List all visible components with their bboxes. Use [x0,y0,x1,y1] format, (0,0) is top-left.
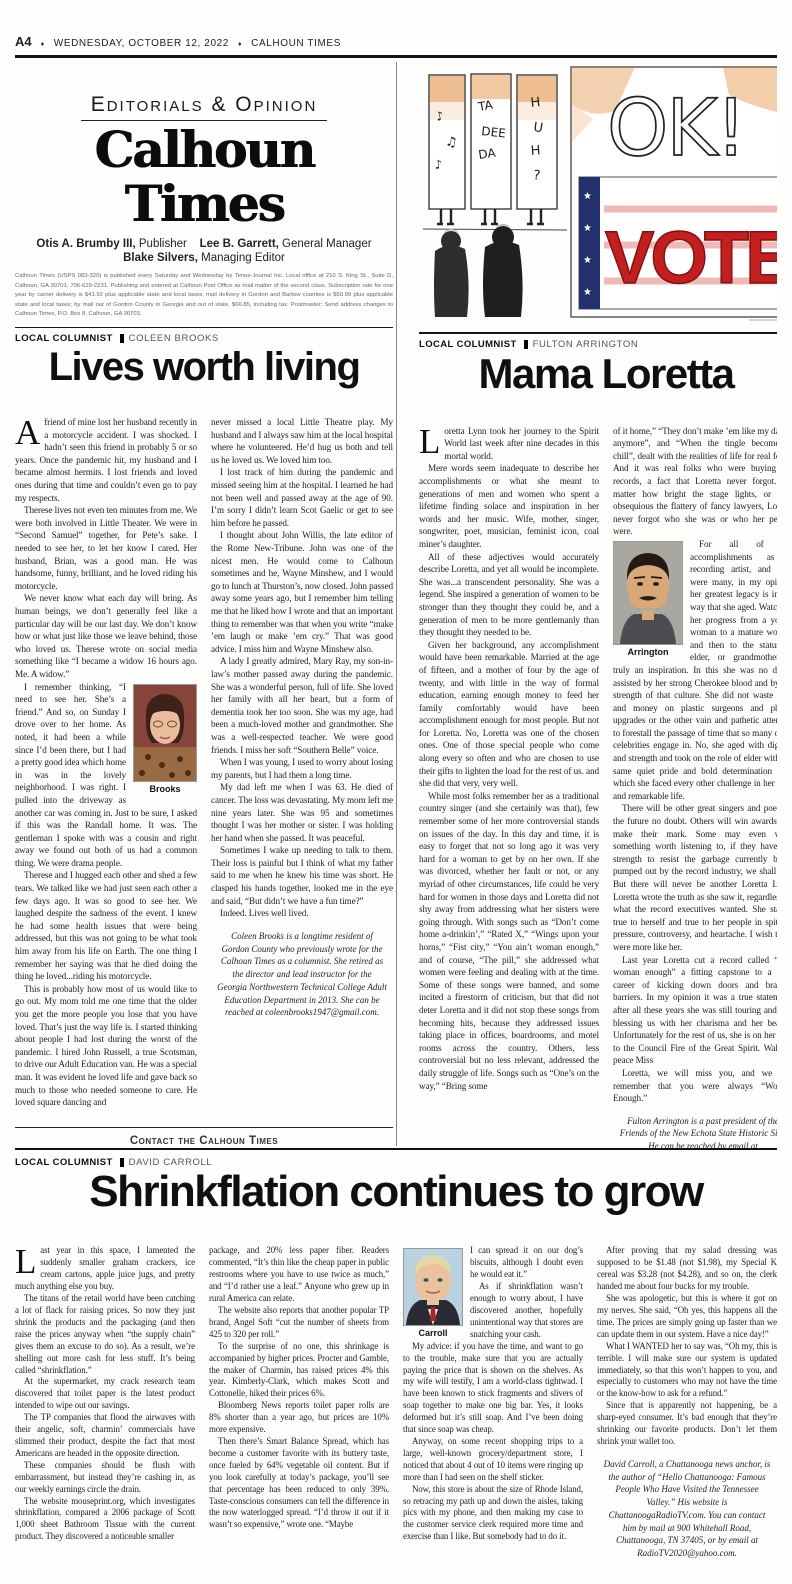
article-column: Last year in this space, I lamented the … [15,1245,195,1560]
paragraph: At the supermarket, my crack research te… [15,1376,195,1412]
paragraph: These companies should be flush with emb… [15,1460,195,1496]
paragraph: Now, this store is about the size of Rho… [403,1484,583,1544]
paragraph: Then there’s Smart Balance Spread, which… [209,1436,389,1531]
paragraph: There will be other great singers and po… [613,802,777,953]
paragraph: A lady I greatly admired, Mary Ray, my s… [211,655,393,756]
columnist-bio: Fulton Arrington is a past president of … [613,1115,777,1148]
article-shrinkflation: LOCAL COLUMNIST DAVID CARROLL Shrinkflat… [15,1152,777,1560]
article-column: Loretta Lynn took her journey to the Spi… [419,425,599,1148]
body-text: Loretta Lynn took her journey to the Spi… [419,425,599,1092]
paragraph: We never know what each day will bring. … [15,592,197,680]
paragraph: I lost track of him during the pandemic … [211,466,393,529]
paragraph: I thought about John Willis, the late ed… [211,529,393,655]
photo-caption: Arrington [613,645,683,657]
managing-editor-name: Blake Silvers, [123,252,198,264]
kicker-separator [120,1158,124,1167]
paragraph: of it home,” “They don’t make ’em like m… [613,425,777,538]
contact-title: Contact the Calhoun Times [15,1135,393,1147]
paragraph: The TP companies that flood the airwaves… [15,1412,195,1460]
paragraph: never missed a local Little Theatre play… [211,416,393,466]
folio-bar: A4 ♦ WEDNESDAY, OCTOBER 12, 2022 ♦ CALHO… [15,34,777,49]
issue-date: WEDNESDAY, OCTOBER 12, 2022 [54,38,229,49]
article-lives-worth-living: LOCAL COLUMNIST COLEEN BROOKS Lives wort… [15,333,393,1116]
article-column: never missed a local Little Theatre play… [211,416,393,1116]
paragraph: Last year in this space, I lamented the … [15,1245,195,1293]
staff-line: Blake Silvers, Managing Editor [15,252,393,264]
columnist-photo-brooks: Brooks [133,684,197,794]
publication-name: CALHOUN TIMES [251,38,341,49]
article-mama-loretta: LOCAL COLUMNIST FULTON ARRINGTON Mama Lo… [419,339,777,1149]
byline: FULTON ARRINGTON [533,339,639,350]
vote-text: VOTE [605,216,777,299]
paragraph: Anyway, on some recent shopping trips to… [403,1436,583,1484]
staff-line: Otis A. Brumby III, Publisher Lee B. Gar… [15,238,393,250]
paragraph: A friend of mine lost her husband recent… [15,416,197,504]
voter-figures [434,224,523,317]
star-icon: ★ [583,255,592,266]
music-note-icon: ♪ [434,157,443,172]
photo-caption: Carroll [403,1326,463,1338]
hum-text: DEE [481,124,507,140]
headline: Mama Loretta [419,351,777,397]
photo-caption: Brooks [133,782,197,794]
kicker: LOCAL COLUMNIST COLEEN BROOKS [15,333,393,344]
headline: Lives worth living [15,345,393,389]
body-text: A friend of mine lost her husband recent… [15,416,197,680]
columnist-bio: David Carroll, a Chattanooga news anchor… [597,1458,777,1560]
drop-cap: L [419,425,444,456]
rule [15,55,777,58]
body-text: of it home,” “They don’t make ’em like m… [613,425,777,538]
rule [419,332,777,334]
paragraph: The website also reports that another po… [209,1305,389,1341]
editorial-cartoon: ♪ ♫ ♪ TA DEE DA H U H ? [419,59,777,327]
ok-exclamation-text: OK! [607,84,745,174]
body-text: package, and 20% less paper fiber. Reade… [209,1245,389,1531]
star-icon: ★ [583,223,592,234]
rule [15,1148,777,1150]
paragraph: Loretta, we will miss you, and we will r… [613,1067,777,1105]
body-text: Last year in this space, I lamented the … [15,1245,195,1543]
managing-editor-role: Managing Editor [198,252,285,264]
arrington-portrait-image [613,541,683,645]
article-column: A friend of mine lost her husband recent… [15,416,197,1116]
columnist-photo-carroll: Carroll [403,1248,463,1338]
paragraph: She was apologetic, but this is where it… [597,1293,777,1341]
carroll-portrait-image [403,1248,463,1326]
star-icon: ★ [583,287,592,298]
paragraph: The titans of the retail world have been… [15,1293,195,1376]
paragraph: What I WANTED her to say was, “Oh my, th… [597,1341,777,1401]
hum-text: DA [477,146,497,162]
paragraph: While most folks remember her as a tradi… [419,790,599,1092]
headline: Shrinkflation continues to grow [15,1168,777,1216]
paragraph: Loretta Lynn took her journey to the Spi… [419,425,599,463]
paragraph: Indeed. Lives well lived. [211,907,393,920]
brooks-portrait-image [133,684,197,782]
vote-cartoon-image: ♪ ♫ ♪ TA DEE DA H U H ? [419,59,777,325]
columnist-photo-arrington: Arrington [613,541,683,657]
rule [15,327,393,329]
vote-sign: ★ ★ ★ ★ VOTE [579,177,777,309]
kicker-separator [524,340,528,349]
kicker-separator [120,334,124,343]
article-column: of it home,” “They don’t make ’em like m… [613,425,777,1148]
booth-legs [437,209,544,224]
paragraph: Mere words seem inadequate to describe h… [419,462,599,550]
paragraph: All of these adjectives would accurately… [419,551,599,639]
article-column: After proving that my salad dressing was… [597,1245,777,1560]
paragraph: To the surprise of no one, this shrinkag… [209,1341,389,1401]
publisher-role: Publisher [136,238,187,250]
kicker-label: LOCAL COLUMNIST [419,339,517,350]
contact-box: Contact the Calhoun Times To reach the C… [15,1127,393,1148]
paragraph: Since that is apparently not happening, … [597,1400,777,1448]
masthead-fine-print: Calhoun Times (USPS 083-320) is publishe… [15,272,393,320]
kicker: LOCAL COLUMNIST FULTON ARRINGTON [419,339,777,350]
paragraph: Sometimes I wake up needing to talk to t… [211,844,393,907]
huh-text: H [530,143,541,159]
paragraph: My advice: if you have the time, and wan… [403,1341,583,1436]
diamond-separator: ♦ [238,41,242,48]
general-manager-name: Lee B. Garrett, [200,238,279,250]
paragraph: This is probably how most of us would li… [15,983,197,1109]
huh-text: H [530,95,541,111]
section-title: Editorials & Opinion [15,93,393,121]
paragraph: Bloomberg News reports toilet paper roll… [209,1400,389,1436]
paragraph: package, and 20% less paper fiber. Reade… [209,1245,389,1305]
paragraph: The website mouseprint.org, which invest… [15,1496,195,1544]
paragraph: Therese lives not even ten minutes from … [15,504,197,592]
paragraph: When I was young, I used to worry about … [211,756,393,781]
body-text: never missed a local Little Theatre play… [211,416,393,920]
paragraph: My dad left me when I was 63. He died of… [211,781,393,844]
paragraph: Last year Loretta cut a record called “S… [613,954,777,1067]
star-icon: ★ [583,191,592,202]
paragraph: Therese and I hugged each other and shed… [15,869,197,982]
paragraph: Given her background, any accomplishment… [419,639,599,790]
general-manager-role: General Manager [279,238,372,250]
body-text: After proving that my salad dressing was… [597,1245,777,1447]
diamond-separator: ♦ [41,41,45,48]
drop-cap: A [15,416,44,447]
columnist-bio: Coleen Brooks is a longtime resident of … [211,930,393,1019]
page-number: A4 [15,34,32,49]
byline: COLEEN BROOKS [129,333,219,344]
paragraph: After proving that my salad dressing was… [597,1245,777,1293]
kicker-label: LOCAL COLUMNIST [15,333,113,344]
article-column: Carroll I can spread it on our dog’s bis… [403,1245,583,1560]
publisher-name: Otis A. Brumby III, [36,238,135,250]
newspaper-page: A4 ♦ WEDNESDAY, OCTOBER 12, 2022 ♦ CALHO… [0,0,792,1584]
masthead-title: Calhoun Times [15,123,393,231]
article-column: package, and 20% less paper fiber. Reade… [209,1245,389,1560]
drop-cap: L [15,1245,40,1276]
